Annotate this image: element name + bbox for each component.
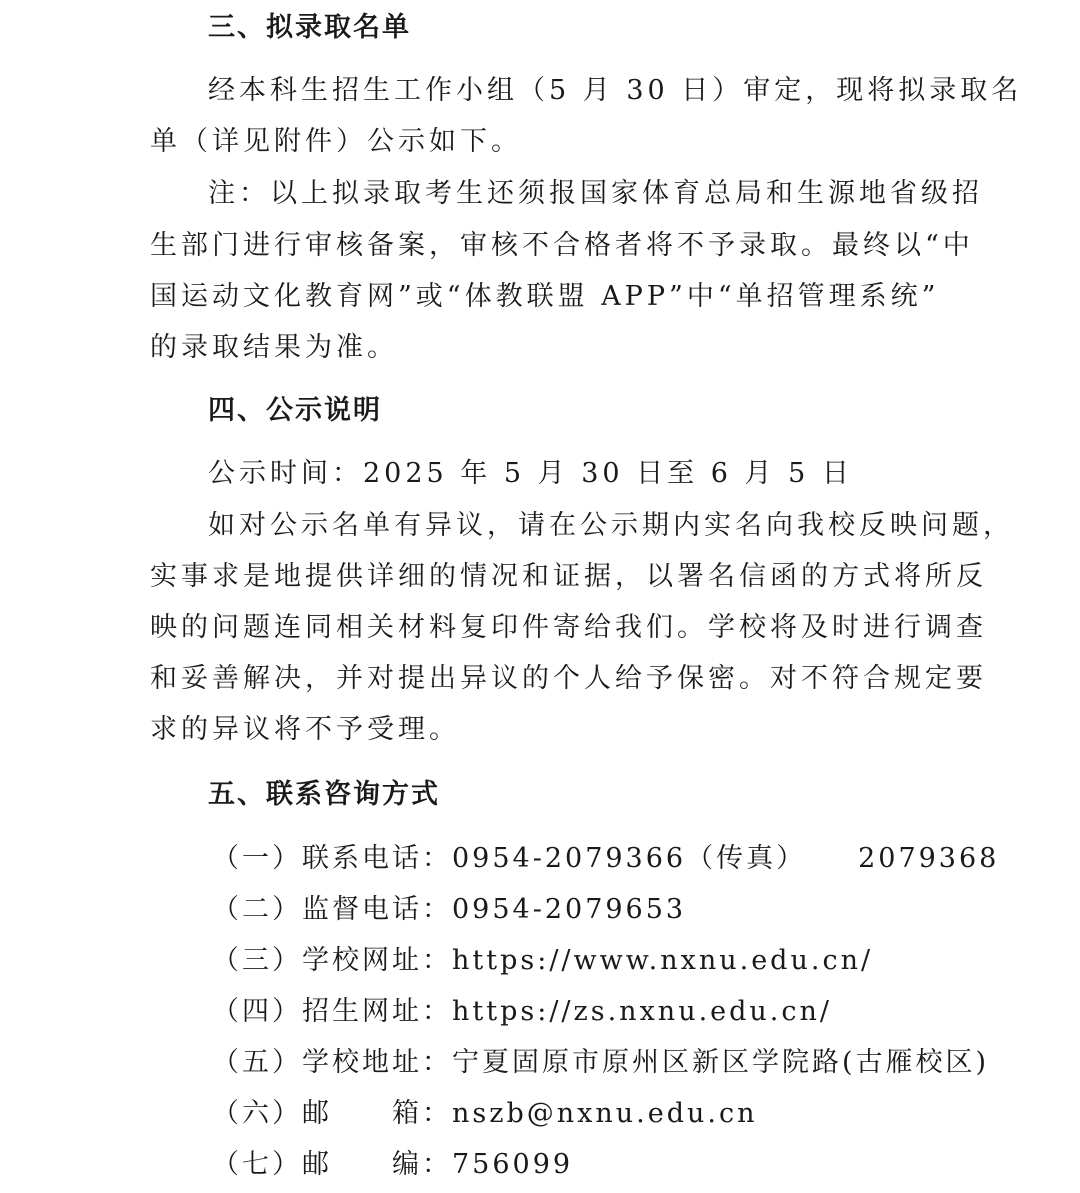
note-line: 注：以上拟录取考生还须报国家体育总局和生源地省级招 — [208, 180, 983, 207]
address-value: 宁夏固原市原州区新区学院路(古雁校区) — [452, 1047, 989, 1078]
contact-label: 编： — [392, 1149, 452, 1180]
contact-label: （四）招生网址： — [212, 996, 452, 1027]
section-4-paragraph-line: 映的问题连同相关材料复印件寄给我们。学校将及时进行调查 — [150, 614, 987, 641]
contact-label: （七）邮 — [212, 1149, 332, 1180]
contact-label: （六）邮 — [212, 1098, 332, 1129]
contact-label: （三）学校网址： — [212, 945, 452, 976]
contact-label: （五）学校地址： — [212, 1047, 452, 1078]
section-3-heading: 三、拟录取名单 — [208, 14, 411, 41]
contact-school-website: （三）学校网址：https://www.nxnu.edu.cn/ — [212, 947, 873, 974]
section-4-paragraph-line: 和妥善解决，并对提出异议的个人给予保密。对不符合规定要 — [150, 665, 987, 692]
section-3-paragraph-line: 单（详见附件）公示如下。 — [150, 128, 522, 155]
contact-email: （六）邮箱：nszb@nxnu.edu.cn — [212, 1100, 757, 1127]
fax-number: 2079368 — [858, 843, 999, 874]
school-website-link[interactable]: https://www.nxnu.edu.cn/ — [452, 945, 873, 976]
admission-website-link[interactable]: https://zs.nxnu.edu.cn/ — [452, 996, 832, 1027]
contact-postcode: （七）邮编：756099 — [212, 1151, 573, 1178]
contact-label: （一）联系电话： — [212, 843, 452, 874]
note-line: 国运动文化教育网”或“体教联盟 APP”中“单招管理系统” — [150, 283, 939, 310]
contact-supervision-phone: （二）监督电话：0954-2079653 — [212, 896, 686, 923]
section-3-paragraph-line: 经本科生招生工作小组（5 月 30 日）审定，现将拟录取名 — [208, 77, 1022, 104]
section-4-paragraph-line: 如对公示名单有异议，请在公示期内实名向我校反映问题， — [208, 512, 1014, 539]
section-4-heading: 四、公示说明 — [208, 397, 382, 424]
note-line: 的录取结果为准。 — [150, 334, 398, 361]
contact-admission-website: （四）招生网址：https://zs.nxnu.edu.cn/ — [212, 998, 832, 1025]
email-link[interactable]: nszb@nxnu.edu.cn — [452, 1098, 757, 1129]
note-line: 生部门进行审核备案，审核不合格者将不予录取。最终以“中 — [150, 232, 974, 259]
contact-label: （二）监督电话： — [212, 894, 452, 925]
section-4-paragraph-line: 求的异议将不予受理。 — [150, 716, 460, 743]
contact-address: （五）学校地址：宁夏固原市原州区新区学院路(古雁校区) — [212, 1049, 989, 1076]
section-5-heading: 五、联系咨询方式 — [208, 781, 440, 808]
contact-phone: （一）联系电话：0954-2079366（传真）2079368 — [212, 845, 999, 872]
postcode-value: 756099 — [452, 1149, 573, 1180]
publicity-period: 公示时间：2025 年 5 月 30 日至 6 月 5 日 — [208, 460, 853, 487]
section-4-paragraph-line: 实事求是地提供详细的情况和证据，以署名信函的方式将所反 — [150, 563, 987, 590]
contact-label: 箱： — [392, 1098, 452, 1129]
contact-phone-value: 0954-2079366（传真） — [452, 843, 806, 874]
supervision-phone-value: 0954-2079653 — [452, 894, 686, 925]
